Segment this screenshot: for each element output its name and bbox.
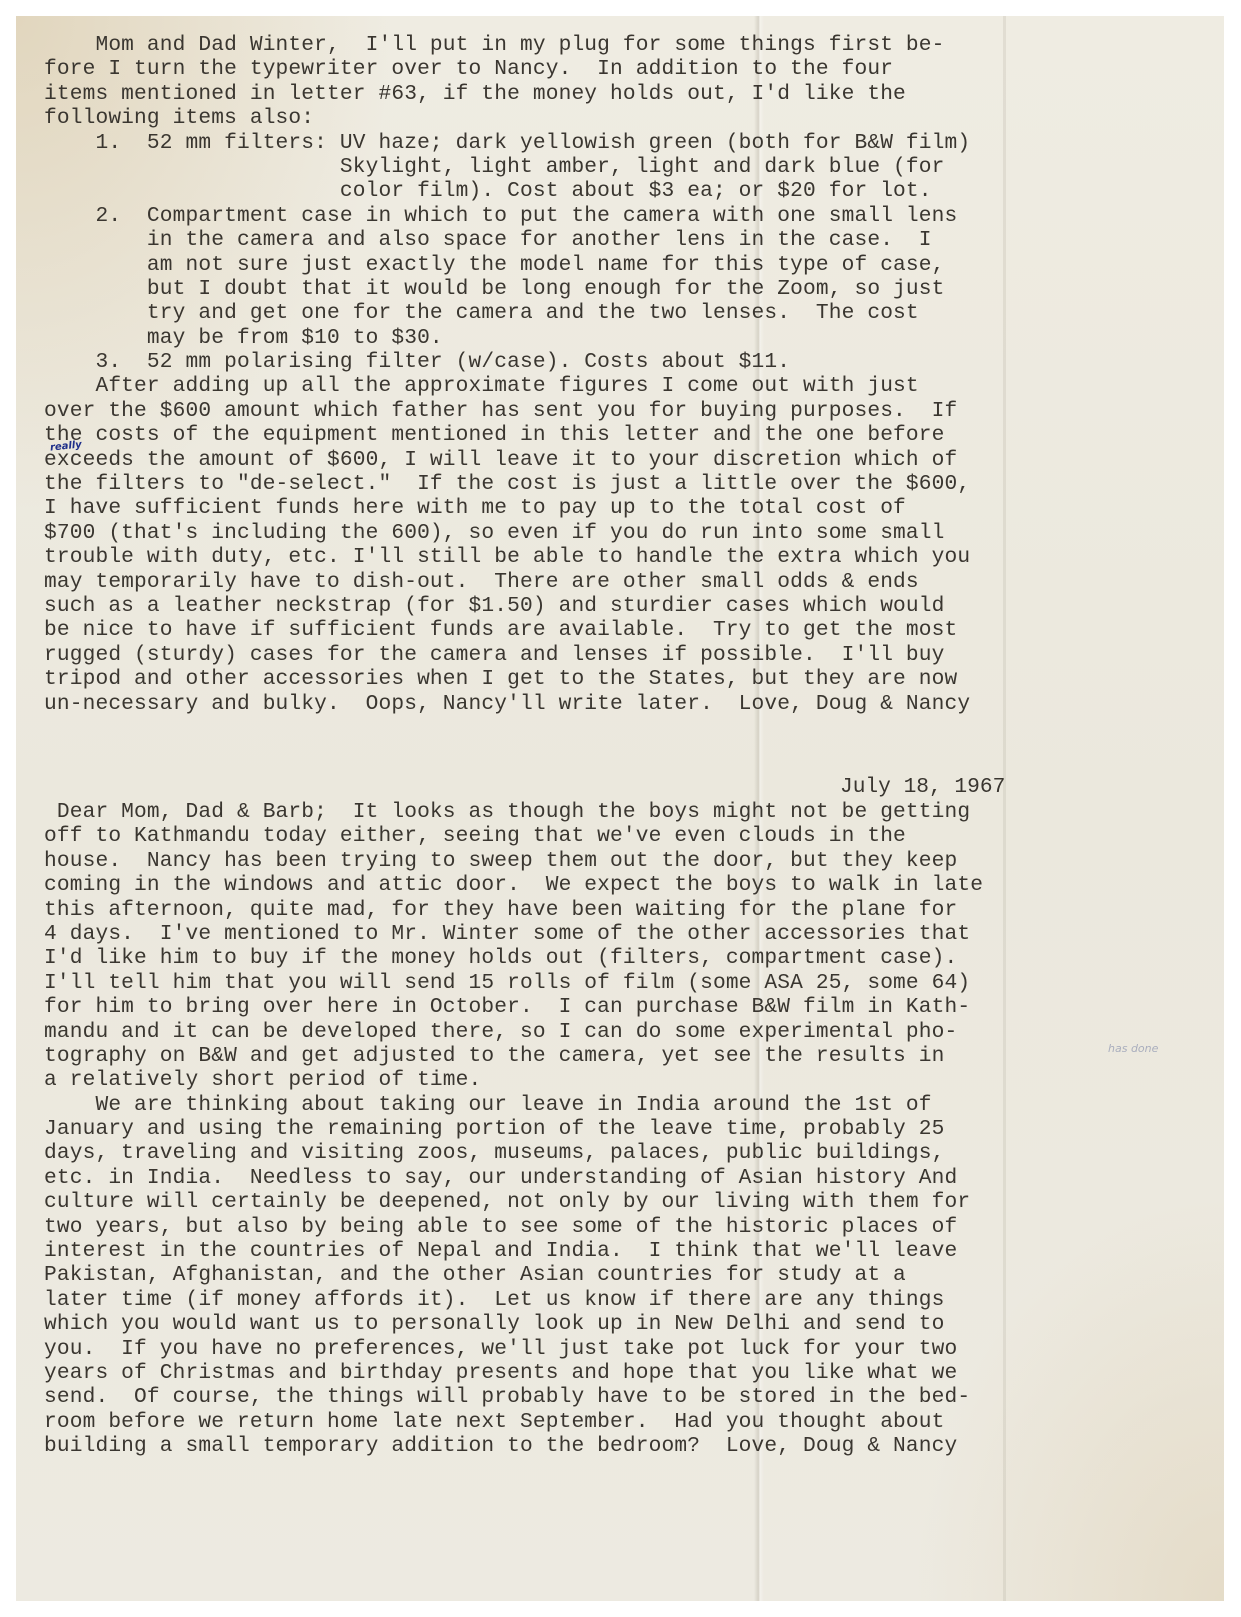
text-line: culture will certainly be deepened, not …: [44, 1190, 1184, 1214]
text-line: try and get one for the camera and the t…: [44, 301, 1184, 325]
text-line: for him to bring over here in October. I…: [44, 995, 1184, 1019]
bleed-through-note: has done: [1108, 1042, 1158, 1055]
text-line: two years, but also by being able to see…: [44, 1215, 1184, 1239]
text-line: After adding up all the approximate figu…: [44, 374, 1184, 398]
text-line: Pakistan, Afghanistan, and the other Asi…: [44, 1263, 1184, 1287]
text-line: later time (if money affords it). Let us…: [44, 1288, 1184, 1312]
text-line: room before we return home late next Sep…: [44, 1410, 1184, 1434]
text-line: January and using the remaining portion …: [44, 1117, 1184, 1141]
text-line: days, traveling and visiting zoos, museu…: [44, 1141, 1184, 1165]
text-line: exceeds the amount of $600, I will leave…: [44, 448, 1184, 472]
text-line: Skylight, light amber, light and dark bl…: [44, 155, 1184, 179]
text-line: $700 (that's including the 600), so even…: [44, 521, 1184, 545]
text-line: 1. 52 mm filters: UV haze; dark yellowis…: [44, 131, 1184, 155]
text-line: mandu and it can be developed there, so …: [44, 1020, 1184, 1044]
text-line: which you would want us to personally lo…: [44, 1312, 1184, 1336]
text-line: send. Of course, the things will probabl…: [44, 1385, 1184, 1409]
text-line: house. Nancy has been trying to sweep th…: [44, 849, 1184, 873]
text-line: I'd like him to buy if the money holds o…: [44, 946, 1184, 970]
text-line: I'll tell him that you will send 15 roll…: [44, 971, 1184, 995]
text-line: etc. in India. Needless to say, our unde…: [44, 1166, 1184, 1190]
text-line: be nice to have if sufficient funds are …: [44, 618, 1184, 642]
text-line: rugged (sturdy) cases for the camera and…: [44, 643, 1184, 667]
text-line: We are thinking about taking our leave i…: [44, 1093, 1184, 1117]
text-line: Mom and Dad Winter, I'll put in my plug …: [44, 33, 1184, 57]
text-line: the costs of the equipment mentioned in …: [44, 423, 1184, 447]
text-line: coming in the windows and attic door. We…: [44, 873, 1184, 897]
text-line: 4 days. I've mentioned to Mr. Winter som…: [44, 922, 1184, 946]
text-line: in the camera and also space for another…: [44, 228, 1184, 252]
text-line: building a small temporary addition to t…: [44, 1434, 1184, 1458]
text-line: a relatively short period of time.: [44, 1068, 1184, 1092]
text-line: 2. Compartment case in which to put the …: [44, 204, 1184, 228]
text-line: items mentioned in letter #63, if the mo…: [44, 82, 1184, 106]
letter-2-body: Dear Mom, Dad & Barb; It looks as though…: [44, 800, 1184, 1459]
text-line: may temporarily have to dish-out. There …: [44, 570, 1184, 594]
text-line: off to Kathmandu today either, seeing th…: [44, 824, 1184, 848]
text-line: tography on B&W and get adjusted to the …: [44, 1044, 1184, 1068]
text-line: color film). Cost about $3 ea; or $20 fo…: [44, 179, 1184, 203]
text-line: am not sure just exactly the model name …: [44, 253, 1184, 277]
letter-2-date: July 18, 1967: [840, 775, 1005, 799]
text-line: but I doubt that it would be long enough…: [44, 277, 1184, 301]
text-line: over the $600 amount which father has se…: [44, 399, 1184, 423]
text-line: such as a leather neckstrap (for $1.50) …: [44, 594, 1184, 618]
text-line: may be from $10 to $30.: [44, 326, 1184, 350]
text-line: trouble with duty, etc. I'll still be ab…: [44, 545, 1184, 569]
text-line: this afternoon, quite mad, for they have…: [44, 898, 1184, 922]
text-line: Dear Mom, Dad & Barb; It looks as though…: [44, 800, 1184, 824]
text-line: fore I turn the typewriter over to Nancy…: [44, 57, 1184, 81]
letter-1-body: Mom and Dad Winter, I'll put in my plug …: [44, 33, 1184, 716]
text-line: tripod and other accessories when I get …: [44, 667, 1184, 691]
text-line: I have sufficient funds here with me to …: [44, 496, 1184, 520]
text-line: following items also:: [44, 106, 1184, 130]
text-line: years of Christmas and birthday presents…: [44, 1361, 1184, 1385]
text-line: interest in the countries of Nepal and I…: [44, 1239, 1184, 1263]
text-line: 3. 52 mm polarising filter (w/case). Cos…: [44, 350, 1184, 374]
text-line: you. If you have no preferences, we'll j…: [44, 1337, 1184, 1361]
text-line: un-necessary and bulky. Oops, Nancy'll w…: [44, 692, 1184, 716]
text-line: the filters to "de-select." If the cost …: [44, 472, 1184, 496]
